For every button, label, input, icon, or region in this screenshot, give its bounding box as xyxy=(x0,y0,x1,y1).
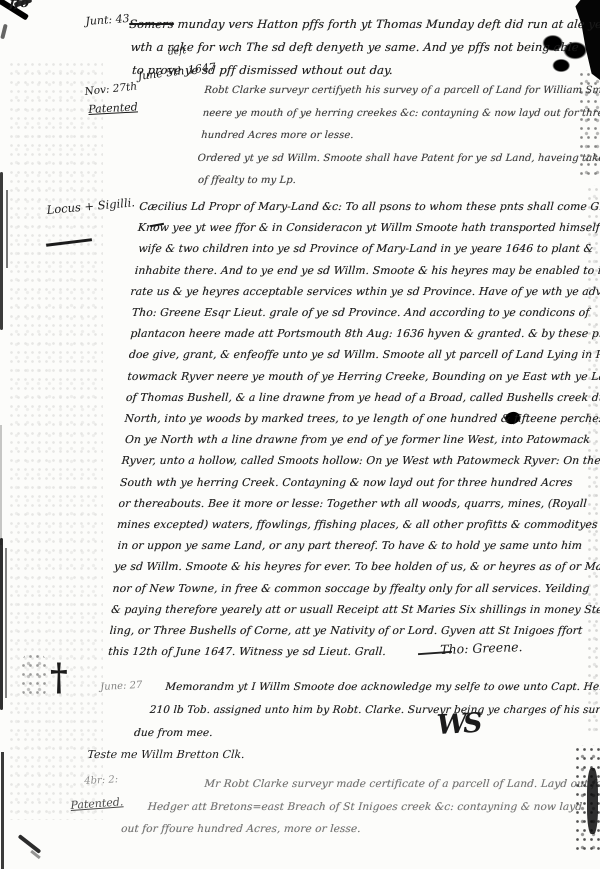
text-line: Mr Robt Clarke surveyr made certificate … xyxy=(203,773,600,796)
text-line: doe give, grant, & enfeoffe unto ye sd W… xyxy=(128,344,600,365)
entry-hedger-certificate: Mr Robt Clarke surveyr made certificate … xyxy=(145,773,600,841)
text-line: of ffealty to my Lp. xyxy=(197,170,600,193)
scan-artifact-left-streak xyxy=(0,538,3,710)
scan-artifact-left-streak xyxy=(0,172,3,330)
text-line: this 12th of June 1647. Witness ye sd Li… xyxy=(107,641,600,662)
text-line: towmack Ryver neere ye mouth of ye Herri… xyxy=(127,366,600,387)
corner-fragment: ffo xyxy=(9,0,29,11)
text-line: Hedger att Bretons=east Breach of St Ini… xyxy=(147,796,600,819)
margin-cross-mark: † xyxy=(50,656,68,700)
margin-date-entry1: Junt: 43. xyxy=(85,12,133,28)
text-line: Memorandm yt I Willm Smoote doe acknowle… xyxy=(164,676,600,699)
text-line: wife & two children into ye sd Province … xyxy=(138,238,600,259)
margin-status-patented: Patented. xyxy=(70,795,124,812)
text-line: nor of New Towne, in free & common socca… xyxy=(112,578,600,599)
text-line: neere ye mouth of ye herring creekes &c:… xyxy=(202,103,600,126)
text-line: Cæcilius Ld Propr of Mary-Land &c: To al… xyxy=(139,196,600,217)
text-line: plantacon heere made att Portsmouth 8th … xyxy=(130,323,600,344)
text-line: or thereabouts. Bee it more or lesse: To… xyxy=(118,493,600,514)
signature-tho-greene: Tho: Greene. xyxy=(440,639,523,657)
text-line: wth a rake for wch The sd deft denyeth y… xyxy=(130,36,600,59)
text-line: hundred Acres more or lesse. xyxy=(200,125,600,148)
entry-survey-certificate: Robt Clarke surveyr certifyeth his surve… xyxy=(197,80,600,193)
text-line: Ordered yt ye sd Willm. Smoote shall hav… xyxy=(197,148,600,171)
text-line: 210 lb Tob. assigned unto him by Robt. C… xyxy=(149,699,600,722)
scan-artifact-left-streak xyxy=(0,425,2,545)
entry-memorandum: Memorandm yt I Willm Smoote doe acknowle… xyxy=(155,676,600,745)
text-line: North, into ye woods by marked trees, to… xyxy=(124,408,600,429)
scan-artifact-left-blob xyxy=(20,652,48,700)
text-line: Robt Clarke surveyr certifyeth his surve… xyxy=(203,80,600,103)
text-line: Ryver, unto a hollow, called Smoots holl… xyxy=(121,450,600,471)
margin-date-entry4: June: 27 xyxy=(100,680,143,693)
text-line: rate us & ye heyres acceptable services … xyxy=(130,281,600,302)
scan-artifact-bottom-left-scratch xyxy=(18,834,42,854)
text-line: due from mee. xyxy=(133,722,600,745)
text-line: out for ffoure hundred Acres, more or le… xyxy=(120,818,600,841)
text-line: Tho: Greene Esqr Lieut. grale of ye sd P… xyxy=(131,302,600,323)
text-line: ling, or Three Bushells of Corne, att ye… xyxy=(109,620,600,641)
entry-land-patent: Cæcilius Ld Propr of Mary-Land &c: To al… xyxy=(107,196,600,662)
text-line: Somers munday vers Hatton pffs forth yt … xyxy=(128,13,600,36)
scan-artifact-left-noise xyxy=(8,60,103,820)
text-line: & paying therefore yearely att or usuall… xyxy=(110,599,600,620)
text-line: Know yee yt wee ffor & in Consideracon y… xyxy=(137,217,600,238)
text-line: munday vers Hatton pffs forth yt Thomas … xyxy=(177,17,600,31)
margin-date-entry5: 4br: 2: xyxy=(84,774,118,787)
interlinear-insertion: deft xyxy=(168,46,187,58)
scan-artifact-left-streak xyxy=(5,548,7,698)
attestation-clerk: Teste me Willm Bretton Clk. xyxy=(87,748,245,761)
text-line: On ye North wth a line drawne from ye en… xyxy=(124,429,600,450)
text-line: ye sd Willm. Smoote & his heyres for eve… xyxy=(113,556,600,577)
text-line: South wth ye herring Creek. Contayning &… xyxy=(119,472,600,493)
margin-status-patented: Patented xyxy=(88,100,138,116)
text-line: mines excepted) waters, ffowlings, ffish… xyxy=(116,514,600,535)
text-line: in or uppon ye same Land, or any part th… xyxy=(117,535,600,556)
struck-word: Somers xyxy=(129,17,174,31)
text-line: of Thomas Bushell, & a line drawne from … xyxy=(125,387,600,408)
scan-artifact-top-left-stroke xyxy=(0,24,8,40)
manuscript-page: ffo Junt: 43. Somers munday vers Hatton … xyxy=(0,0,600,869)
text-line: inhabite there. And to ye end ye sd Will… xyxy=(134,260,600,281)
scan-artifact-left-streak xyxy=(1,752,4,869)
ws-monogram: WS xyxy=(436,708,479,741)
